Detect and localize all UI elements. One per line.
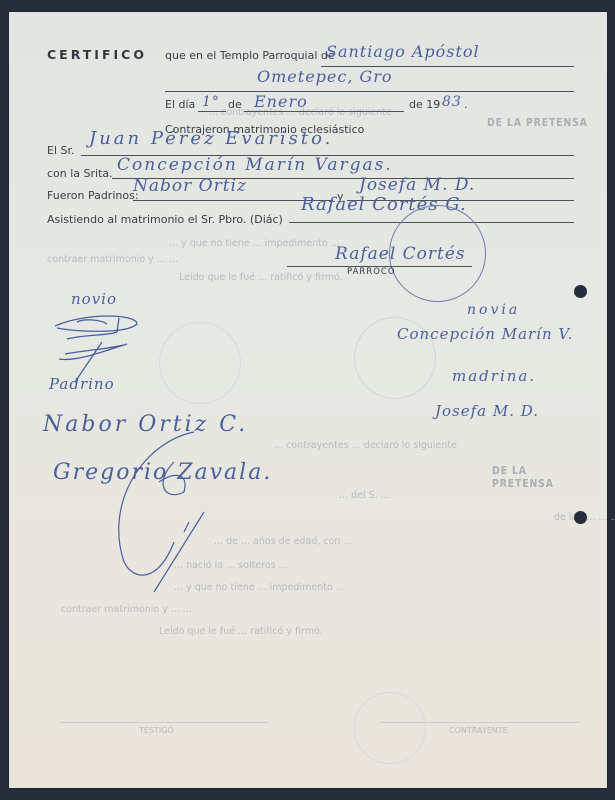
bleed-line: ... del S. ... bbox=[339, 490, 390, 501]
temple-value: Santiago Apóstol bbox=[326, 42, 480, 61]
witness-scrawl bbox=[104, 422, 244, 602]
certificate-paper: ... contrayentes ... declaró lo siguient… bbox=[9, 12, 607, 788]
groom-label: El Sr. bbox=[47, 144, 75, 157]
godparents-label: Fueron Padrinos: bbox=[47, 189, 139, 202]
day-label: El día bbox=[165, 98, 195, 111]
bleed-line: ... y que no tiene ... impedimento ... bbox=[169, 238, 340, 249]
punch-hole bbox=[574, 285, 587, 298]
location-value: Ometepec, Gro bbox=[257, 67, 393, 86]
month-line bbox=[244, 111, 404, 112]
location-line bbox=[165, 91, 574, 92]
bleed-heading: DE LA PRETENSA bbox=[487, 116, 588, 129]
bride-signature-label: novia bbox=[467, 302, 520, 318]
bleed-line: contraer matrimonio y ... ... bbox=[47, 254, 178, 265]
certificate-title: CERTIFICO bbox=[47, 47, 147, 62]
day-value: 1° bbox=[202, 94, 220, 110]
year-suffix: . bbox=[464, 98, 468, 111]
groom-value: Juan Pérez Evaristo. bbox=[89, 128, 333, 149]
bride-value: Concepción Marín Vargas. bbox=[117, 155, 393, 175]
godmother-signature: Josefa M. D. bbox=[435, 402, 539, 420]
temple-label: que en el Templo Parroquial de bbox=[165, 49, 335, 62]
bleed-seal bbox=[354, 692, 426, 764]
bleed-footer-left: TESTIGO bbox=[139, 726, 174, 735]
bleed-line: ... contrayentes ... declaró lo siguient… bbox=[274, 440, 457, 451]
bride-label: con la Srita. bbox=[47, 167, 113, 180]
priest-signature: Rafael Cortés bbox=[335, 244, 466, 264]
bleed-line: contraer matrimonio y ... ... bbox=[61, 604, 192, 615]
godfather-value: Nabor Ortiz bbox=[133, 176, 247, 196]
priest-title: PARROCO bbox=[347, 267, 396, 277]
day-line bbox=[198, 111, 226, 112]
bleed-line: Leído que le fué ... ratificó y firmó. bbox=[159, 626, 323, 637]
bride-signature: Concepción Marín V. bbox=[397, 325, 573, 343]
year-value: 83 bbox=[442, 94, 462, 110]
godmother-value: Josefa M. D. bbox=[359, 175, 475, 195]
bleed-seal bbox=[159, 322, 241, 404]
month-value: Enero bbox=[254, 92, 308, 111]
bleed-footer-right: CONTRAYENTE bbox=[449, 726, 508, 735]
godmother-signature-label: madrina. bbox=[452, 367, 536, 385]
groom-signature bbox=[47, 304, 157, 384]
bleed-heading: DE LA PRETENSA bbox=[492, 464, 590, 490]
godfather-signature-label: Padrino bbox=[49, 375, 115, 393]
month-connector: de bbox=[228, 98, 242, 111]
punch-hole bbox=[574, 511, 587, 524]
year-prefix: de 19 bbox=[409, 98, 440, 111]
bleed-rule bbox=[59, 722, 269, 723]
officiant-label: Asistiendo al matrimonio el Sr. Pbro. (D… bbox=[47, 213, 283, 226]
bleed-line: Leído que le fué ... ratificó y firmó. bbox=[179, 272, 343, 283]
